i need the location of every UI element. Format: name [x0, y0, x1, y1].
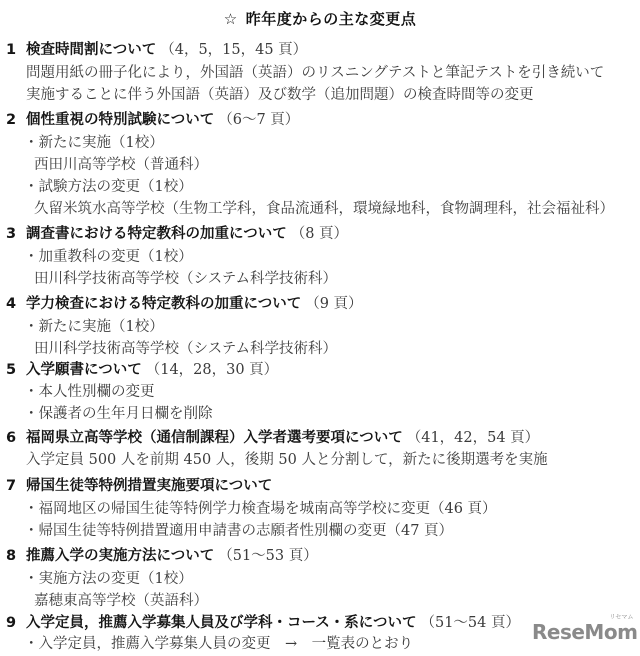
star-icon: ☆: [224, 10, 238, 28]
section-4-text: 田川科学技術高等学校（システム科学技術科）: [34, 339, 337, 359]
section-7-bullet: ・福岡地区の帰国生徒等特例学力検査場を城南高等学校に変更（46 頁）: [24, 499, 497, 519]
section-1-text: 実施することに伴う外国語（英語）及び数学（追加問題）の検査時間等の変更: [26, 85, 534, 105]
section-8-text: 嘉穂東高等学校（英語科）: [34, 591, 208, 611]
section-4-bullet: ・新たに実施（1校）: [24, 317, 164, 337]
section-7-bullet: ・帰国生徒等特例措置適用申請書の志願者性別欄の変更（47 頁）: [24, 521, 453, 541]
section-2-text: 西田川高等学校（普通科）: [34, 155, 208, 175]
section-1-text: 問題用紙の冊子化により，外国語（英語）のリスニングテストと筆記テストを引き続いて: [26, 63, 604, 83]
logo-kana: リセマム: [609, 612, 633, 621]
section-3-bullet: ・加重教科の変更（1校）: [24, 247, 193, 267]
page-title: ☆昨年度からの主な変更点: [0, 8, 640, 29]
resemom-logo: ReseMom リセマム: [532, 620, 637, 644]
section-6-text: 入学定員 500 人を前期 450 人，後期 50 人と分割して，新たに後期選考…: [26, 450, 548, 470]
section-5-bullet: ・保護者の生年月日欄を削除: [24, 404, 213, 424]
section-5-bullet: ・本人性別欄の変更: [24, 382, 155, 402]
section-2-bullet: ・試験方法の変更（1校）: [24, 177, 193, 197]
section-2-bullet: ・新たに実施（1校）: [24, 133, 164, 153]
title-text: 昨年度からの主な変更点: [246, 10, 417, 28]
section-3-text: 田川科学技術高等学校（システム科学技術科）: [34, 269, 337, 289]
section-8-bullet: ・実施方法の変更（1校）: [24, 569, 193, 589]
section-2-text: 久留米筑水高等学校（生物工学科，食品流通科，環境緑地科，食物調理科，社会福祉科）: [34, 199, 614, 219]
section-9-bullet: ・入学定員，推薦入学募集人員の変更 → 一覧表のとおり: [24, 634, 413, 654]
